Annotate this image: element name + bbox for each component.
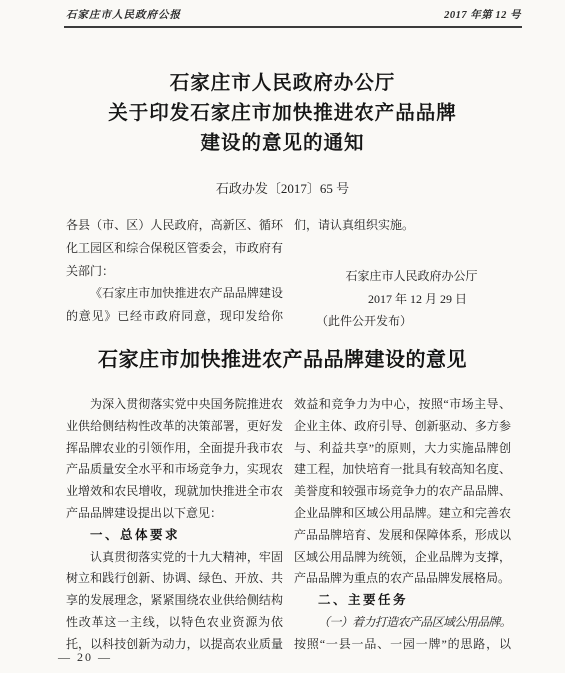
opinion-title: 石家庄市加快推进农产品品牌建设的意见 [55,346,510,374]
forwarding-continued: 们，请认真组织实施。 [294,214,511,237]
general-requirements-paragraph: 认真贯彻落实党的十九大精神，牢固树立和践行创新、协调、绿色、开放、共享的发展理念… [66,547,283,656]
masthead-rule [64,26,522,28]
document-number: 石政办发〔2017〕65 号 [55,181,510,197]
notice-title-line-2: 关于印发石家庄市加快推进农产品品牌 [55,99,510,129]
general-requirements-continued: 效益和竞争力为中心，按照“市场主导、企业主体、政府引导、创新驱动、多方参与、利益… [294,394,511,590]
signature-date: 2017 年 12 月 29 日 [294,288,511,311]
notice-title-line-1: 石家庄市人民政府办公厅 [55,69,510,99]
opinion-left-column: 为深入贯彻落实党中央国务院推进农业供给侧结构性改革的决策部署，更好发挥品牌农业的… [66,394,283,656]
opinion-right-column: 效益和竞争力为中心，按照“市场主导、企业主体、政府引导、创新驱动、多方参与、利益… [294,394,511,656]
task-item-1-text: 按照“一县一品、一园一牌”的思路，以 [294,637,511,651]
section-heading-2: 二、主要任务 [294,590,511,612]
notice-title-line-3: 建设的意见的通知 [55,129,510,159]
publish-note: （此件公开发布） [294,310,511,333]
task-item-1: （一）着力打造农产品区域公用品牌。按照“一县一品、一园一牌”的思路，以 [294,612,511,656]
task-item-1-lead: （一）着力打造农产品区域公用品牌。 [318,615,511,629]
notice-left-column: 各县（市、区）人民政府，高新区、循环化工园区和综合保税区管委会，市政府有关部门：… [66,214,283,328]
signature: 石家庄市人民政府办公厅 [294,265,511,288]
addressee-paragraph: 各县（市、区）人民政府，高新区、循环化工园区和综合保税区管委会，市政府有关部门： [66,214,283,282]
notice-title: 石家庄市人民政府办公厅 关于印发石家庄市加快推进农产品品牌 建设的意见的通知 [55,69,510,159]
gazette-name: 石家庄市人民政府公报 [66,7,181,22]
gazette-page: 石家庄市人民政府公报 2017 年第 12 号 石家庄市人民政府办公厅 关于印发… [0,0,565,673]
intro-paragraph: 为深入贯彻落实党中央国务院推进农业供给侧结构性改革的决策部署，更好发挥品牌农业的… [66,394,283,525]
forwarding-paragraph: 《石家庄市加快推进农产品品牌建设的意见》已经市政府同意，现印发给你 [66,282,283,328]
notice-right-column: 们，请认真组织实施。 石家庄市人民政府办公厅 2017 年 12 月 29 日 … [294,214,511,333]
page-number: — 20 — [58,650,112,665]
section-heading-1: 一、总体要求 [66,525,283,547]
issue-number: 2017 年第 12 号 [444,7,521,22]
